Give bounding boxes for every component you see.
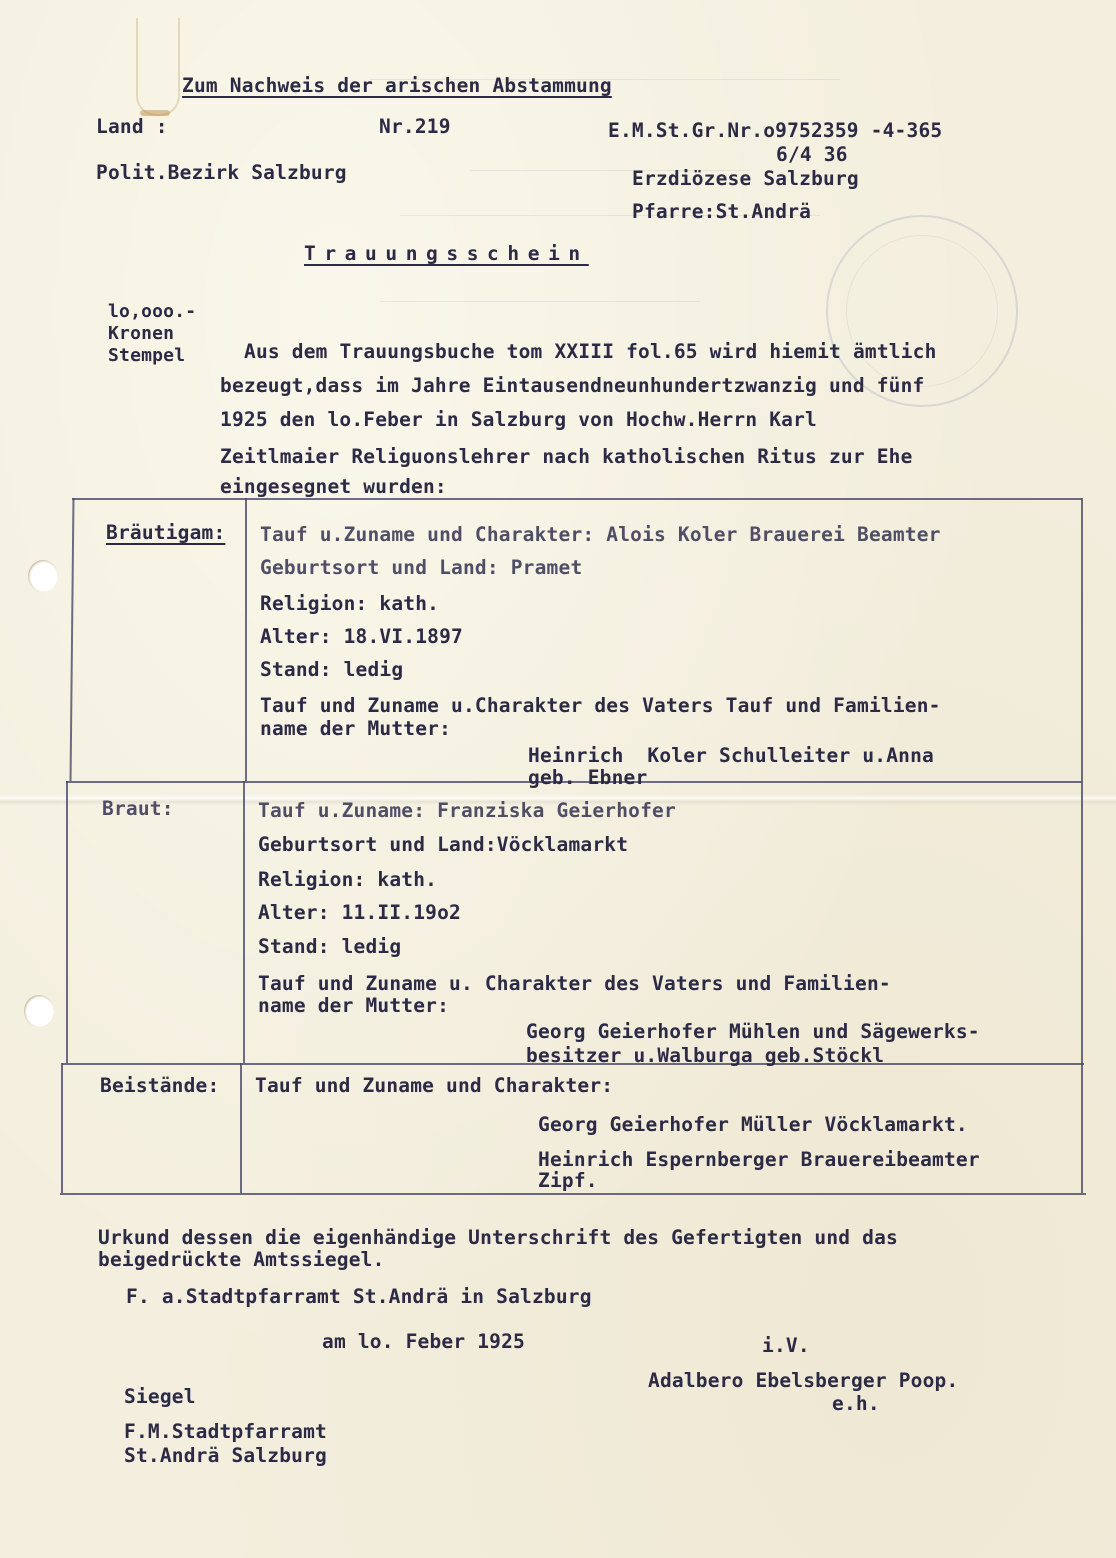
seal-label: Siegel <box>124 1387 196 1407</box>
groom-parents: geb. Ebner <box>528 768 647 788</box>
groom-parents: Heinrich Koler Schulleiter u.Anna <box>528 746 934 766</box>
table-border-right <box>1081 498 1083 1193</box>
registry-number: E.M.St.Gr.Nr.o9752359 -4-365 <box>608 121 942 141</box>
table-border-top <box>72 498 1082 500</box>
groom-line: Stand: ledig <box>260 660 403 680</box>
bride-line: name der Mutter: <box>258 996 449 1016</box>
groom-line: Geburtsort und Land: Pramet <box>260 558 582 578</box>
bride-line: Religion: kath. <box>258 870 437 890</box>
stamp-fee-amount: lo,ooo.- <box>108 303 196 321</box>
witness-entry: Georg Geierhofer Müller Vöcklamarkt. <box>538 1115 968 1135</box>
intro-line: Zeitlmaier Religuonslehrer nach katholis… <box>220 447 913 467</box>
table-column-divider <box>240 1063 242 1193</box>
groom-line: Tauf und Zuname u.Charakter des Vaters T… <box>260 696 941 716</box>
groom-line: name der Mutter: <box>260 719 451 739</box>
bride-line: Alter: 11.II.19o2 <box>258 903 461 923</box>
seal-text: F.M.Stadtpfarramt <box>124 1422 327 1442</box>
diocese: Erzdiözese Salzburg <box>632 169 859 189</box>
witness-entry: Zipf. <box>538 1171 598 1191</box>
bride-parents: Georg Geierhofer Mühlen und Sägewerks- <box>526 1022 980 1042</box>
closing-line: beigedrückte Amtssiegel. <box>98 1250 385 1270</box>
stamp-fee-currency: Kronen <box>108 325 174 343</box>
closing-line: Urkund dessen die eigenhändige Unterschr… <box>98 1228 898 1248</box>
registry-date: 6/4 36 <box>776 145 848 165</box>
table-border-left <box>66 781 68 1063</box>
table-border-bottom <box>60 1193 1086 1195</box>
parish: Pfarre:St.Andrä <box>632 202 811 222</box>
intro-line: bezeugt,dass im Jahre Eintausendneunhund… <box>220 376 924 396</box>
bride-parents: besitzer u.Walburga geb.Stöckl <box>526 1046 884 1066</box>
document-heading: Zum Nachweis der arischen Abstammung <box>182 76 612 96</box>
paperclip-stain-icon <box>136 18 180 116</box>
signatory-note: e.h. <box>832 1394 880 1414</box>
bride-line: Geburtsort und Land:Vöcklamarkt <box>258 835 628 855</box>
issuing-office: F. a.Stadtpfarramt St.Andrä in Salzburg <box>126 1287 592 1307</box>
table-column-divider <box>243 781 245 1063</box>
bride-line: Stand: ledig <box>258 937 401 957</box>
issue-date: am lo. Feber 1925 <box>322 1332 525 1352</box>
land-label: Land : <box>96 117 168 137</box>
intro-line: eingesegnet wurden: <box>220 477 447 497</box>
punch-hole-icon <box>28 560 58 592</box>
witnesses-label: Beistände: <box>100 1076 219 1096</box>
district: Polit.Bezirk Salzburg <box>96 163 347 183</box>
signatory-name: Adalbero Ebelsberger Poop. <box>648 1371 958 1391</box>
stamp-fee-label: Stempel <box>108 347 185 365</box>
seal-text: St.Andrä Salzburg <box>124 1446 327 1466</box>
bleed-through-mark <box>380 285 700 302</box>
bride-line: Tauf u.Zuname: Franziska Geierhofer <box>258 801 676 821</box>
bride-line: Tauf und Zuname u. Charakter des Vaters … <box>258 974 891 994</box>
punch-hole-icon <box>24 995 54 1027</box>
intro-line: 1925 den lo.Feber in Salzburg von Hochw.… <box>220 410 817 430</box>
groom-line: Tauf u.Zuname und Charakter: Alois Koler… <box>260 525 941 545</box>
record-number: Nr.219 <box>379 117 451 137</box>
groom-label: Bräutigam: <box>106 523 225 543</box>
document-title: Trauungsschein <box>304 244 589 264</box>
intro-line: Aus dem Trauungsbuche tom XXIII fol.65 w… <box>244 342 937 362</box>
groom-line: Religion: kath. <box>260 594 439 614</box>
bride-label: Braut: <box>102 799 174 819</box>
witnesses-heading: Tauf und Zuname und Charakter: <box>255 1076 613 1096</box>
table-border-left <box>61 1063 63 1193</box>
proxy-mark: i.V. <box>762 1336 810 1356</box>
witness-entry: Heinrich Espernberger Brauereibeamter <box>538 1150 980 1170</box>
groom-line: Alter: 18.VI.1897 <box>260 627 463 647</box>
table-column-divider <box>245 498 247 781</box>
